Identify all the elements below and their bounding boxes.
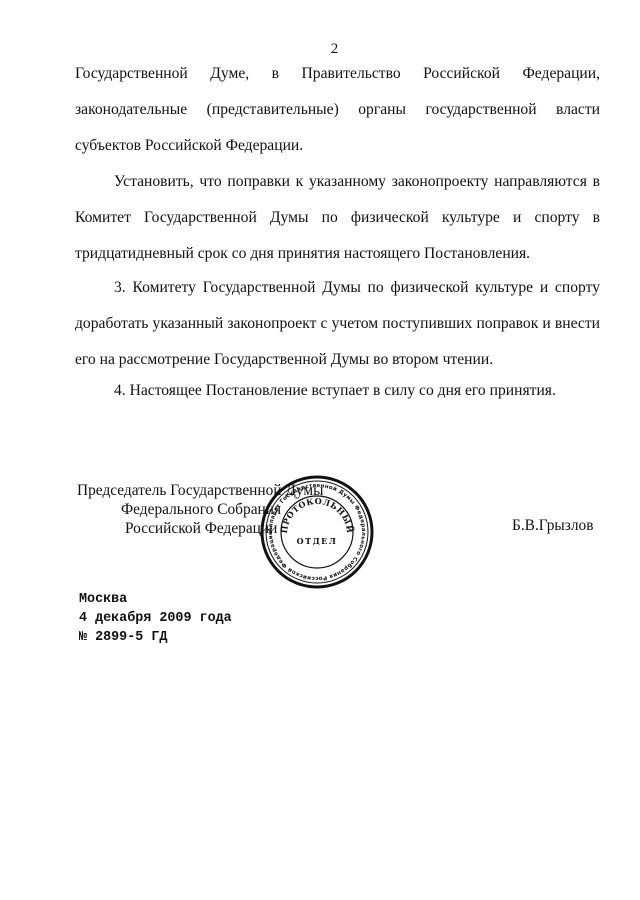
paragraph-text: 4. Настоящее Постановление вступает в си…: [75, 373, 600, 409]
stamp-inner-text: ПРОТОКОЛЬНЫЙ: [279, 496, 355, 534]
meta-city: Москва: [79, 590, 232, 609]
signer-name: Б.В.Грызлов: [512, 517, 593, 535]
paragraph-item-4: 4. Настоящее Постановление вступает в си…: [75, 373, 600, 409]
word: органы: [358, 101, 406, 118]
meta-number: № 2899-5 ГД: [79, 628, 232, 647]
paragraph-text: Установить, что поправки к указанному за…: [75, 164, 600, 272]
word: государственной: [425, 101, 536, 118]
word: Правительство: [302, 65, 401, 82]
stamp-center-text: ОТДЕЛ: [297, 536, 338, 546]
word: Государственной: [75, 65, 188, 82]
paragraph-item-3: 3. Комитету Государственной Думы по физи…: [75, 270, 600, 378]
paragraph-amendments: Установить, что поправки к указанному за…: [75, 164, 600, 272]
svg-text:ПРОТОКОЛЬНЫЙ: ПРОТОКОЛЬНЫЙ: [279, 496, 355, 534]
word: (представительные): [207, 101, 339, 118]
word: в: [272, 65, 279, 82]
official-stamp-icon: Аппарат Государственной Думы Федеральног…: [259, 474, 375, 590]
word: Российской: [423, 65, 500, 82]
paragraph-text: 3. Комитету Государственной Думы по физи…: [75, 270, 600, 378]
document-meta: Москва 4 декабря 2009 года № 2899-5 ГД: [79, 590, 232, 647]
paragraph-line: субъектов Российской Федерации.: [75, 128, 600, 164]
paragraph-continuation: Государственной Думе, в Правительство Ро…: [75, 56, 600, 164]
word: Думе,: [210, 65, 249, 82]
paragraph-line: законодательные (представительные) орган…: [75, 92, 600, 128]
word: власти: [556, 101, 600, 118]
word: Федерации,: [522, 65, 600, 82]
paragraph-line: Государственной Думе, в Правительство Ро…: [75, 56, 600, 92]
word: законодательные: [75, 101, 187, 118]
meta-date: 4 декабря 2009 года: [79, 609, 232, 628]
